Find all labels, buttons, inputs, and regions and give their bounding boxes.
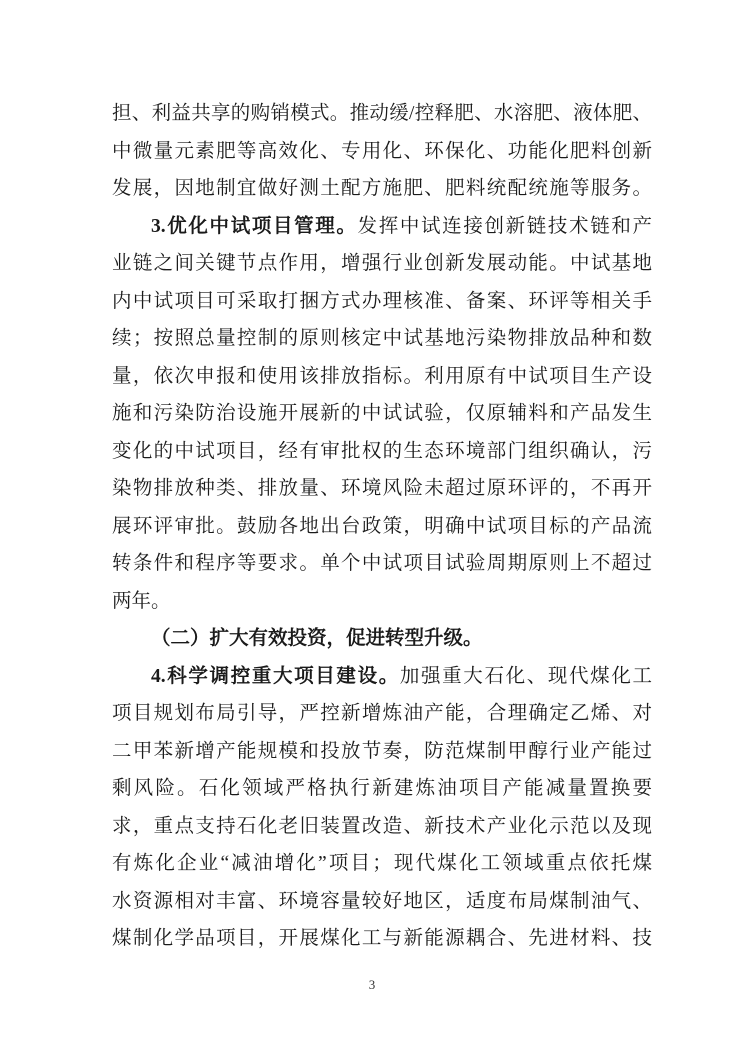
line-text: 两年。 — [112, 591, 171, 612]
text-line: 煤制化学品项目，开展煤化工与新能源耦合、先进材料、技 — [112, 920, 652, 958]
text-line: 有炼化企业“减油增化”项目；现代煤化工领域重点依托煤 — [112, 845, 652, 883]
line-text: 剩风险。石化领域严格执行新建炼油项目产能减量置换要 — [112, 778, 652, 799]
line-text: 求，重点支持石化老旧装置改造、新技术产业化示范以及现 — [112, 816, 652, 837]
text-line: 变化的中试项目，经有审批权的生态环境部门组织确认，污 — [112, 433, 652, 471]
line-text: 二甲苯新增产能规模和投放节奏，防范煤制甲醇行业产能过 — [112, 741, 652, 762]
text-line: 染物排放种类、排放量、环境风险未超过原环评的，不再开 — [112, 470, 652, 508]
page-number: 3 — [369, 977, 376, 992]
line-text: 有炼化企业“减油增化”项目；现代煤化工领域重点依托煤 — [112, 853, 652, 874]
line-text: 担、利益共享的购销模式。推动缓/控释肥、水溶肥、液体肥、 — [112, 103, 652, 124]
line-text: 染物排放种类、排放量、环境风险未超过原环评的，不再开 — [112, 478, 652, 499]
line-text: 项目规划布局引导，严控新增炼油产能，合理确定乙烯、对 — [112, 703, 652, 724]
subsection-heading-2: （二）扩大有效投资，促进转型升级。 — [112, 620, 652, 658]
text-line: 施和污染防治设施开展新的中试试验，仅原辅料和产品发生 — [112, 395, 652, 433]
text-line: 水资源相对丰富、环境容量较好地区，适度布局煤制油气、 — [112, 883, 652, 921]
text-line: 两年。 — [112, 583, 652, 621]
subsection-heading-text: （二）扩大有效投资，促进转型升级。 — [151, 628, 483, 649]
text-line: 续；按照总量控制的原则核定中试基地污染物排放品种和数 — [112, 320, 652, 358]
text-line: 中微量元素肥等高效化、专用化、环保化、功能化肥料创新 — [112, 133, 652, 171]
line-text: 中微量元素肥等高效化、专用化、环保化、功能化肥料创新 — [112, 141, 652, 162]
text-line: 内中试项目可采取打捆方式办理核准、备案、环评等相关手 — [112, 283, 652, 321]
line-text: 量，依次申报和使用该排放指标。利用原有中试项目生产设 — [112, 366, 652, 387]
text-line-section-4-start: 4.科学调控重大项目建设。加强重大石化、现代煤化工 — [112, 658, 652, 696]
section-4-title: 4.科学调控重大项目建设。 — [151, 666, 400, 687]
line-text: 发挥中试连接创新链技术链和产 — [358, 216, 652, 237]
text-line: 剩风险。石化领域严格执行新建炼油项目产能减量置换要 — [112, 770, 652, 808]
document-body: 担、利益共享的购销模式。推动缓/控释肥、水溶肥、液体肥、 中微量元素肥等高效化、… — [112, 95, 652, 958]
line-text: 变化的中试项目，经有审批权的生态环境部门组织确认，污 — [112, 441, 652, 462]
line-text: 煤制化学品项目，开展煤化工与新能源耦合、先进材料、技 — [112, 928, 652, 949]
page-footer: 3 — [0, 976, 744, 994]
line-text: 展环评审批。鼓励各地出台政策，明确中试项目标的产品流 — [112, 516, 652, 537]
text-line: 发展，因地制宜做好测土配方施肥、肥料统配统施等服务。 — [112, 170, 652, 208]
line-text: 续；按照总量控制的原则核定中试基地污染物排放品种和数 — [112, 328, 652, 349]
text-line-section-3-start: 3.优化中试项目管理。发挥中试连接创新链技术链和产 — [112, 208, 652, 246]
text-line: 转条件和程序等要求。单个中试项目试验周期原则上不超过 — [112, 545, 652, 583]
line-text: 转条件和程序等要求。单个中试项目试验周期原则上不超过 — [112, 553, 652, 574]
text-line: 求，重点支持石化老旧装置改造、新技术产业化示范以及现 — [112, 808, 652, 846]
text-line: 量，依次申报和使用该排放指标。利用原有中试项目生产设 — [112, 358, 652, 396]
line-text: 加强重大石化、现代煤化工 — [400, 666, 652, 687]
section-3-title: 3.优化中试项目管理。 — [151, 216, 358, 237]
text-line: 业链之间关键节点作用，增强行业创新发展动能。中试基地 — [112, 245, 652, 283]
line-text: 业链之间关键节点作用，增强行业创新发展动能。中试基地 — [112, 253, 652, 274]
line-text: 发展，因地制宜做好测土配方施肥、肥料统配统施等服务。 — [112, 178, 652, 199]
document-page: 担、利益共享的购销模式。推动缓/控释肥、水溶肥、液体肥、 中微量元素肥等高效化、… — [0, 0, 744, 1051]
text-line: 担、利益共享的购销模式。推动缓/控释肥、水溶肥、液体肥、 — [112, 95, 652, 133]
text-line: 展环评审批。鼓励各地出台政策，明确中试项目标的产品流 — [112, 508, 652, 546]
line-text: 内中试项目可采取打捆方式办理核准、备案、环评等相关手 — [112, 291, 652, 312]
text-line: 项目规划布局引导，严控新增炼油产能，合理确定乙烯、对 — [112, 695, 652, 733]
line-text: 水资源相对丰富、环境容量较好地区，适度布局煤制油气、 — [112, 891, 652, 912]
line-text: 施和污染防治设施开展新的中试试验，仅原辅料和产品发生 — [112, 403, 652, 424]
text-line: 二甲苯新增产能规模和投放节奏，防范煤制甲醇行业产能过 — [112, 733, 652, 771]
